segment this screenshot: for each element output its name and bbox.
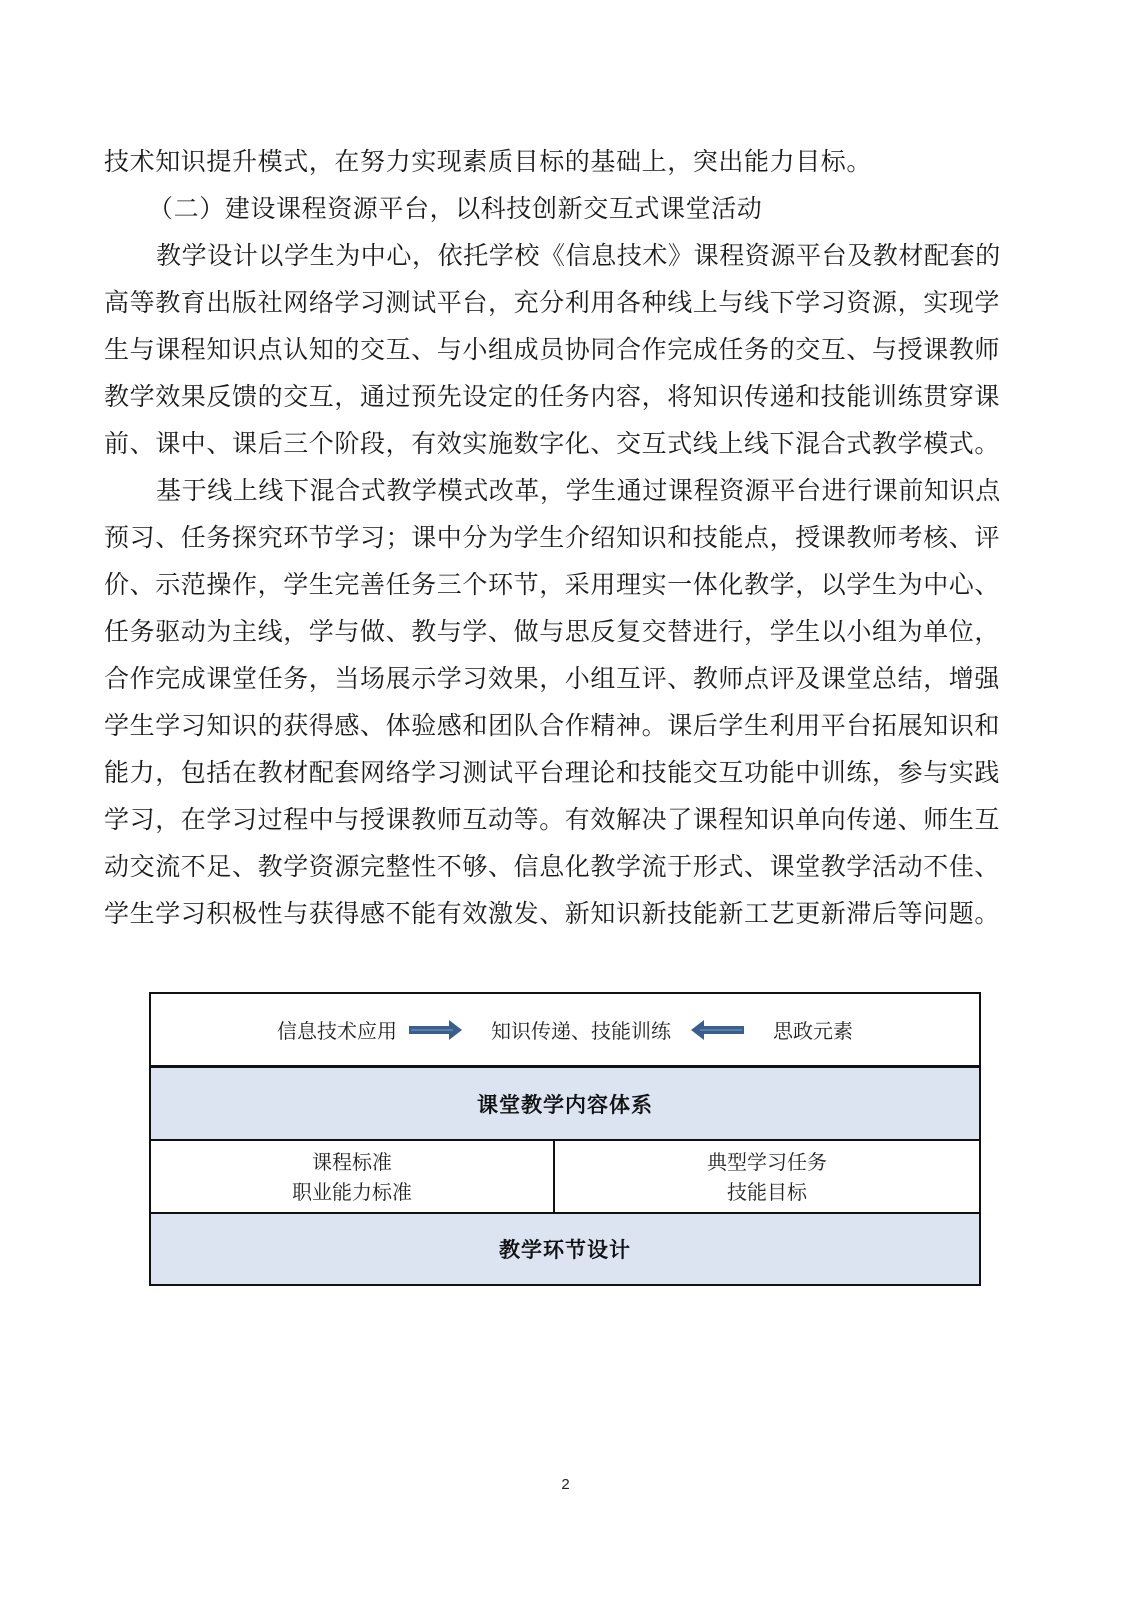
standards-row: 课程标准 职业能力标准 典型学习任务 技能目标 (151, 1141, 979, 1214)
flow-left-label: 信息技术应用 (265, 1015, 409, 1044)
document-page: 技术知识提升模式，在努力实现素质目标的基础上，突出能力目标。 （二）建设课程资源… (0, 0, 1131, 1600)
page-number: 2 (0, 1476, 1131, 1493)
standards-line: 职业能力标准 (292, 1177, 412, 1207)
flow-right-label: 思政元素 (745, 1015, 865, 1044)
tasks-cell: 典型学习任务 技能目标 (555, 1141, 979, 1212)
text-line: 高等教育出版社网络学习测试平台，充分利用各种线上与线下学习资源，实现学 (104, 288, 1034, 318)
text-line: 技术知识提升模式，在努力实现素质目标的基础上，突出能力目标。 (104, 147, 1034, 177)
text-line: 前、课中、课后三个阶段，有效实施数字化、交互式线上线下混合式教学模式。 (104, 429, 1034, 459)
flow-center-label: 知识传递、技能训练 (463, 1015, 691, 1044)
text-line: 能力，包括在教材配套网络学习测试平台理论和技能交互功能中训练，参与实践 (104, 758, 1034, 788)
teaching-design-row: 教学环节设计 (151, 1214, 979, 1284)
standards-cell: 课程标准 职业能力标准 (151, 1141, 555, 1212)
arrow-left-icon (691, 1019, 745, 1041)
teaching-structure-diagram: 信息技术应用 知识传递、技能训练 思政元素 课堂教学内容 (149, 992, 981, 1286)
text-line: 预习、任务探究环节学习；课中分为学生介绍知识和技能点，授课教师考核、评 (104, 523, 1034, 553)
content-system-row: 课堂教学内容体系 (151, 1068, 979, 1141)
tasks-line: 典型学习任务 (707, 1147, 827, 1177)
text-line: 价、示范操作，学生完善任务三个环节，采用理实一体化教学，以学生为中心、 (104, 570, 1034, 600)
arrow-right-icon (409, 1019, 463, 1041)
standards-line: 课程标准 (312, 1147, 392, 1177)
flow-sequence: 信息技术应用 知识传递、技能训练 思政元素 (265, 1015, 865, 1044)
text-line: 学生学习积极性与获得感不能有效激发、新知识新技能新工艺更新滞后等问题。 (104, 899, 1034, 929)
text-line: 合作完成课堂任务，当场展示学习效果，小组互评、教师点评及课堂总结，增强 (104, 664, 1034, 694)
text-line: 教学效果反馈的交互，通过预先设定的任务内容，将知识传递和技能训练贯穿课 (104, 382, 1034, 412)
tasks-line: 技能目标 (727, 1177, 807, 1207)
text-line: 动交流不足、教学资源完整性不够、信息化教学流于形式、课堂教学活动不佳、 (104, 852, 1034, 882)
text-line: 任务驱动为主线，学与做、教与学、做与思反复交替进行，学生以小组为单位， (104, 617, 1034, 647)
text-line: 学生学习知识的获得感、体验感和团队合作精神。课后学生利用平台拓展知识和 (104, 711, 1034, 741)
content-system-title: 课堂教学内容体系 (477, 1089, 653, 1119)
teaching-design-title: 教学环节设计 (499, 1234, 631, 1264)
text-line: 生与课程知识点认知的交互、与小组成员协同合作完成任务的交互、与授课教师 (104, 335, 1034, 365)
section-heading: （二）建设课程资源平台，以科技创新交互式课堂活动 (148, 194, 1026, 224)
text-line: 教学设计以学生为中心，依托学校《信息技术》课程资源平台及教材配套的 (156, 241, 1034, 271)
text-line: 学习，在学习过程中与授课教师互动等。有效解决了课程知识单向传递、师生互 (104, 805, 1034, 835)
text-line: 基于线上线下混合式教学模式改革，学生通过课程资源平台进行课前知识点 (156, 476, 1034, 506)
flow-row: 信息技术应用 知识传递、技能训练 思政元素 (151, 994, 979, 1068)
